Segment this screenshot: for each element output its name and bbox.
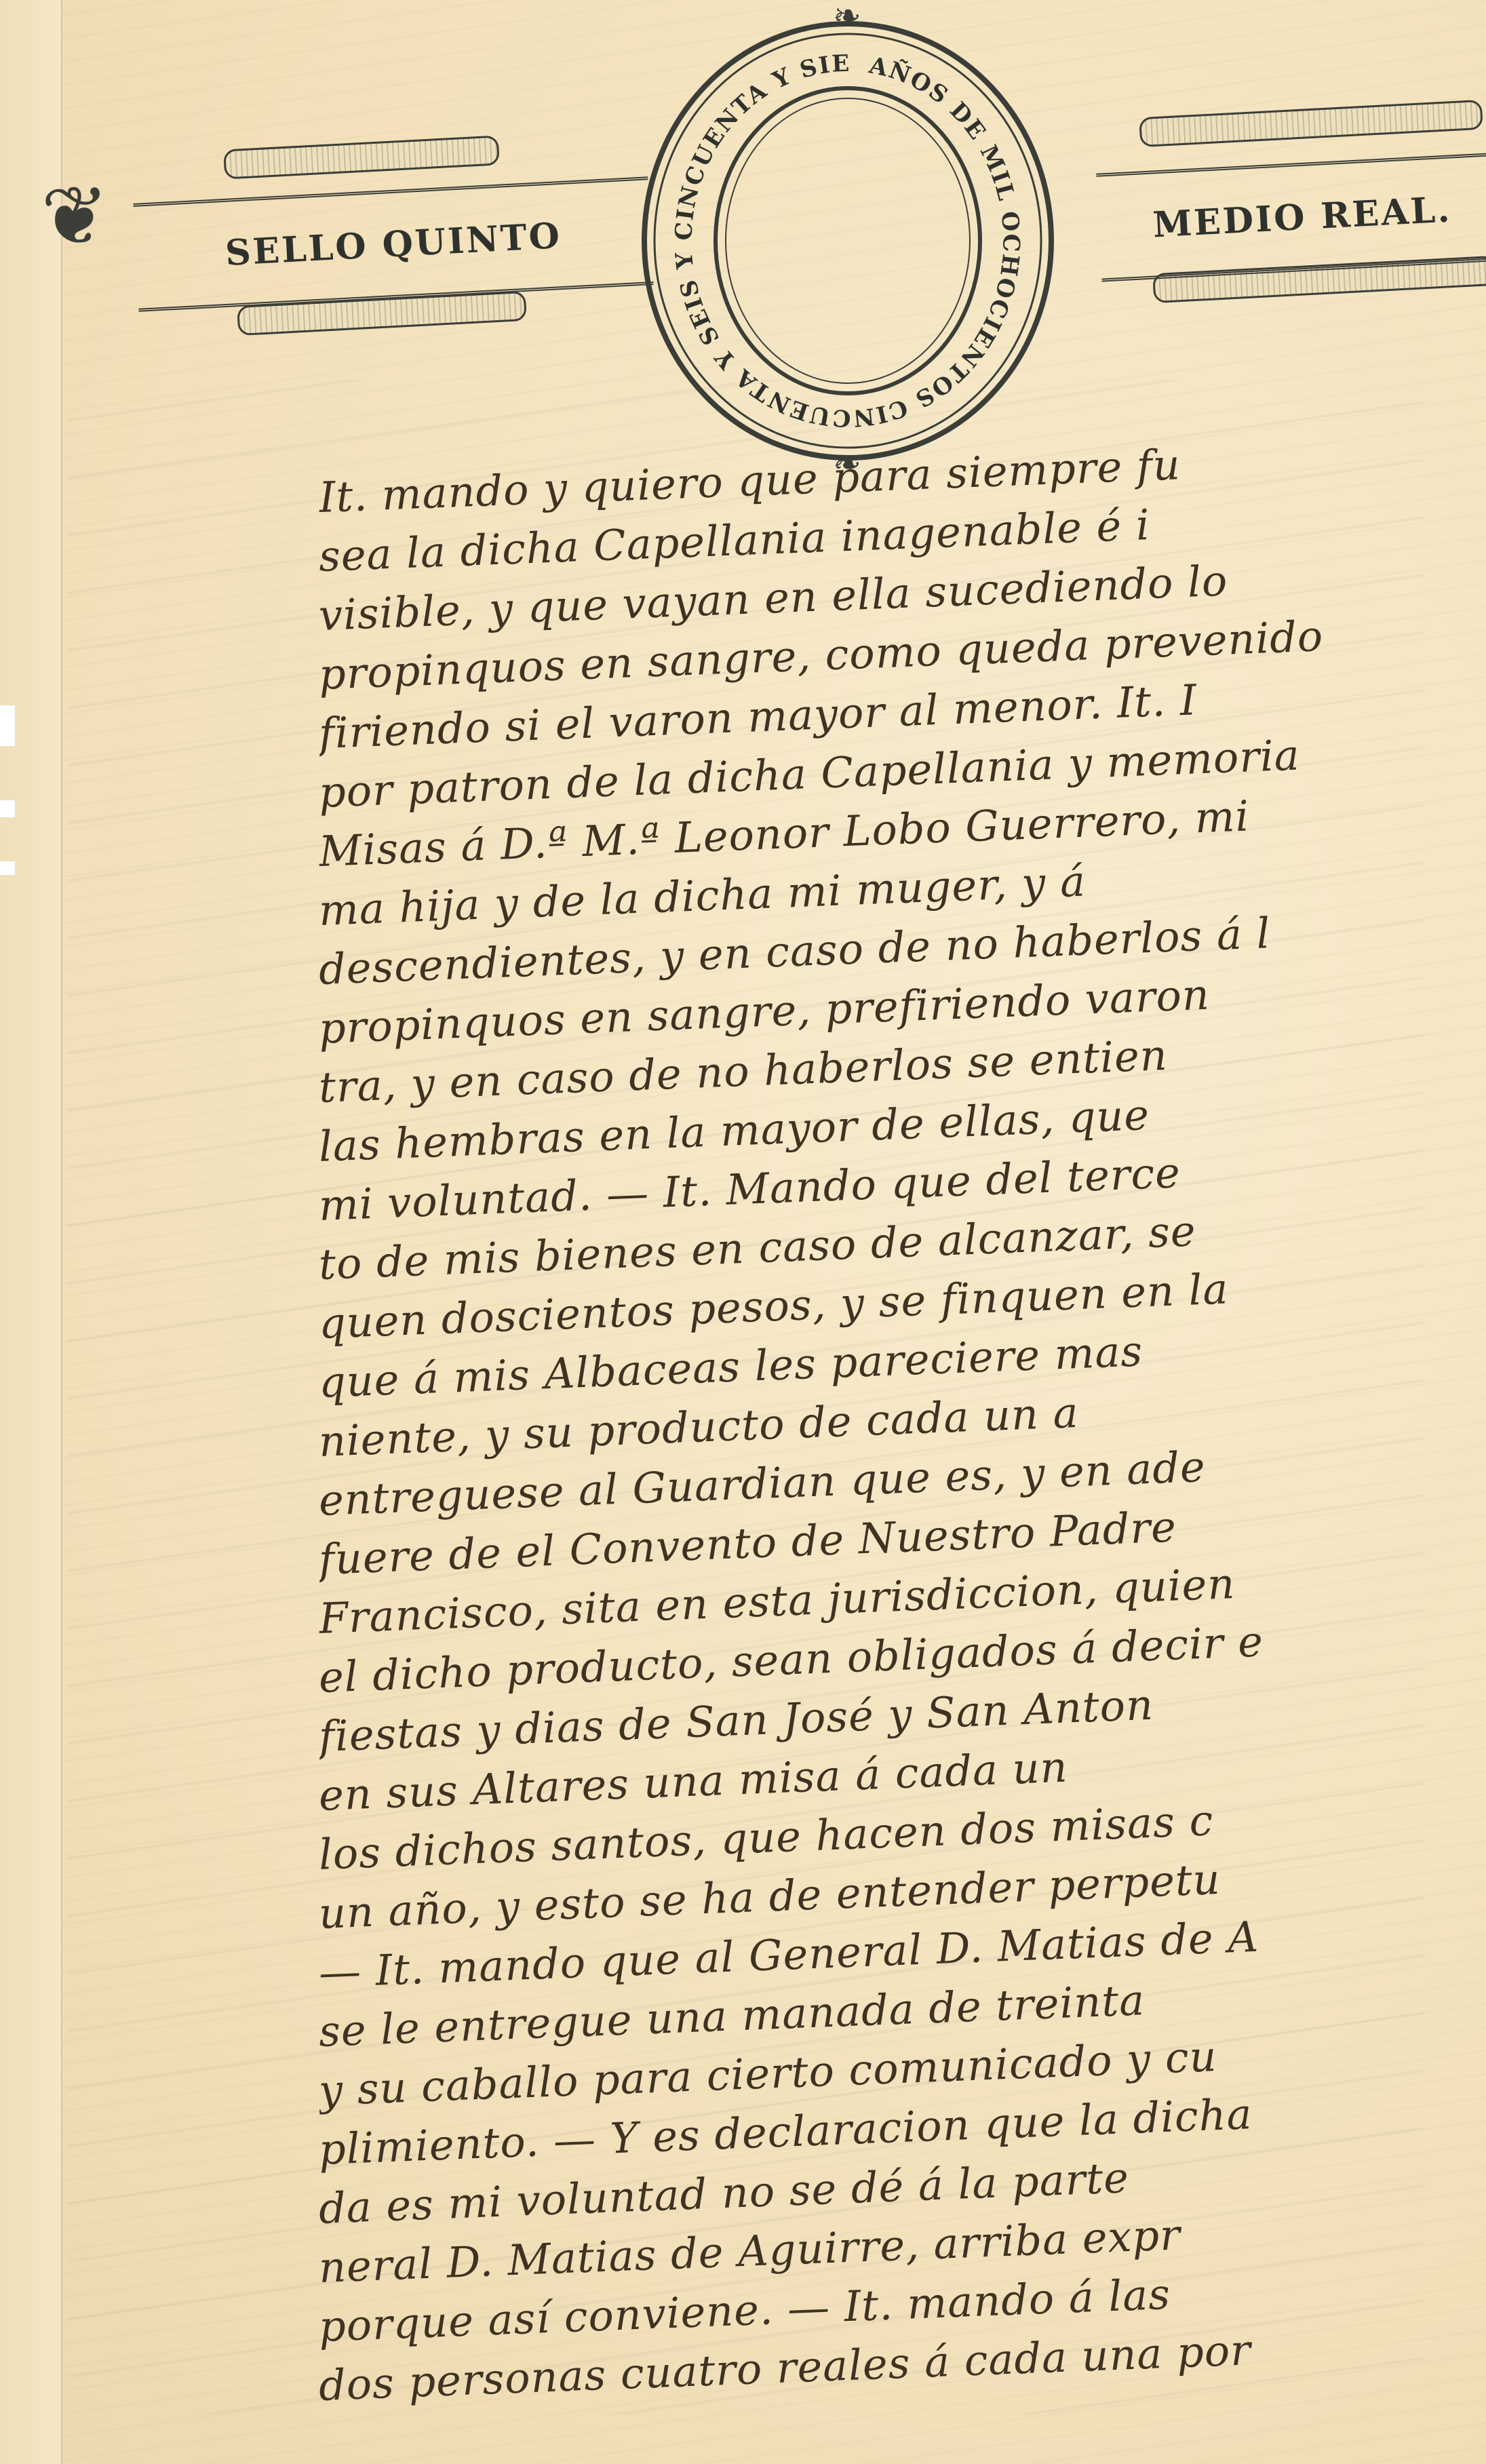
leaf-ornament-icon: ❦ <box>41 170 109 264</box>
stamp-medallion: AÑOS DE MIL OCHOCIENTOS CINCUENTA Y SEIS… <box>617 7 1078 475</box>
stamp-ring-legend: AÑOS DE MIL OCHOCIENTOS CINCUENTA Y SEIS… <box>617 7 1025 431</box>
scroll-ornament <box>223 135 500 179</box>
stamp-right-banner: MEDIO REAL. <box>1096 152 1486 281</box>
edge-notch <box>0 861 15 875</box>
medallion-ring-icon: AÑOS DE MIL OCHOCIENTOS CINCUENTA Y SEIS… <box>617 7 1078 475</box>
edge-notch <box>0 705 15 746</box>
svg-text:AÑOS DE MIL OCHOCIENTOS CINCUE: AÑOS DE MIL OCHOCIENTOS CINCUENTA Y SEIS… <box>617 7 1025 431</box>
crown-ornament-icon: ❧ <box>833 7 861 35</box>
handwritten-text: It. mando y quiero que para siempre fu s… <box>319 468 1486 2415</box>
edge-notch <box>0 800 15 817</box>
stamp-left-banner: SELLO QUINTO <box>133 176 653 312</box>
sello-quinto-stamp: ❦ SELLO QUINTO MEDIO REAL. AÑOS DE MIL O… <box>41 7 1486 475</box>
scroll-ornament <box>1139 100 1483 147</box>
